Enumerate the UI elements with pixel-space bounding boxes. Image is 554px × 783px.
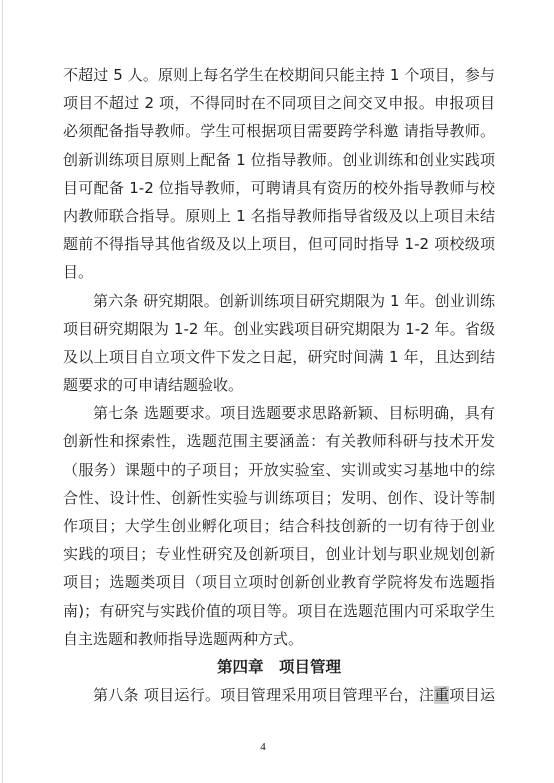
paragraph-article-6: 第六条 研究期限。创新训练项目研究期限为 1 年。创业训练 项目研究期限为 1-… [63,287,495,400]
article-8-text-before: 第八条 项目运行。项目管理采用项目管理平台，注 [93,686,434,704]
text-line: 题前不得指导其他省级及以上项目，但可同时指导 1-2 项校级项 [63,230,495,258]
highlighted-char: 重 [434,686,449,704]
document-body-text: 不超过 5 人。原则上每名学生在校期间只能主持 1 个项目，参与 项目不超过 2… [63,61,495,709]
text-line: 作项目；大学生创业孵化项目；结合科技创新的一切有待于创业 [63,512,495,540]
article-8-text-after: 项目运 [449,686,495,704]
text-line: （服务）课题中的子项目；开放实验室、实训或实习基地中的综 [63,456,495,484]
text-line: 内教师联合指导。原则上 1 名指导教师指导省级及以上项目未结 [63,202,495,230]
text-line: 目。 [63,258,495,286]
paragraph-article-8-line: 第八条 项目运行。项目管理采用项目管理平台，注重项目运 [63,681,495,709]
page-edge-line [2,0,3,783]
text-line: 第六条 研究期限。创新训练项目研究期限为 1 年。创业训练 [63,287,495,315]
text-line: 实践的项目；专业性研究及创新项目，创业计划与职业规划创新 [63,540,495,568]
text-line: 第七条 选题要求。项目选题要求思路新颖、目标明确，具有 [63,399,495,427]
text-line: 目可配备 1-2 位指导教师，可聘请具有资历的校外指导教师与校 [63,174,495,202]
text-line: 及以上项目自立项文件下发之日起，研究时间满 1 年，且达到结 [63,343,495,371]
paragraph-article-7: 第七条 选题要求。项目选题要求思路新颖、目标明确，具有 创新性和探索性，选题范围… [63,399,495,653]
paragraph-membership-rules: 不超过 5 人。原则上每名学生在校期间只能主持 1 个项目，参与 项目不超过 2… [63,61,495,287]
page-number: 4 [63,741,463,753]
text-line: 不超过 5 人。原则上每名学生在校期间只能主持 1 个项目，参与 [63,61,495,89]
text-line: 项目；选题类项目（项目立项时创新创业教育学院将发布选题指 [63,568,495,596]
text-line: 创新性和探索性，选题范围主要涵盖：有关教师科研与技术开发 [63,427,495,455]
text-line: 项目不超过 2 项，不得同时在不同项目之间交叉申报。申报项目 [63,89,495,117]
text-line: 创新训练项目原则上配备 1 位指导教师。创业训练和创业实践项 [63,146,495,174]
text-line: 项目研究期限为 1-2 年。创业实践项目研究期限为 1-2 年。省级 [63,315,495,343]
text-line: 必须配备指导教师。学生可根据项目需要跨学科邀 请指导教师。 [63,117,495,145]
text-line: 南)；有研究与实践价值的项目等。项目在选题范围内可采取学生 [63,597,495,625]
document-page: 不超过 5 人。原则上每名学生在校期间只能主持 1 个项目，参与 项目不超过 2… [0,0,554,783]
text-line: 自主选题和教师指导选题两种方式。 [63,625,495,653]
text-line: 题要求的可申请结题验收。 [63,371,495,399]
chapter-heading: 第四章 项目管理 [63,653,495,681]
text-line: 合性、设计性、创新性实验与训练项目；发明、创作、设计等制 [63,484,495,512]
